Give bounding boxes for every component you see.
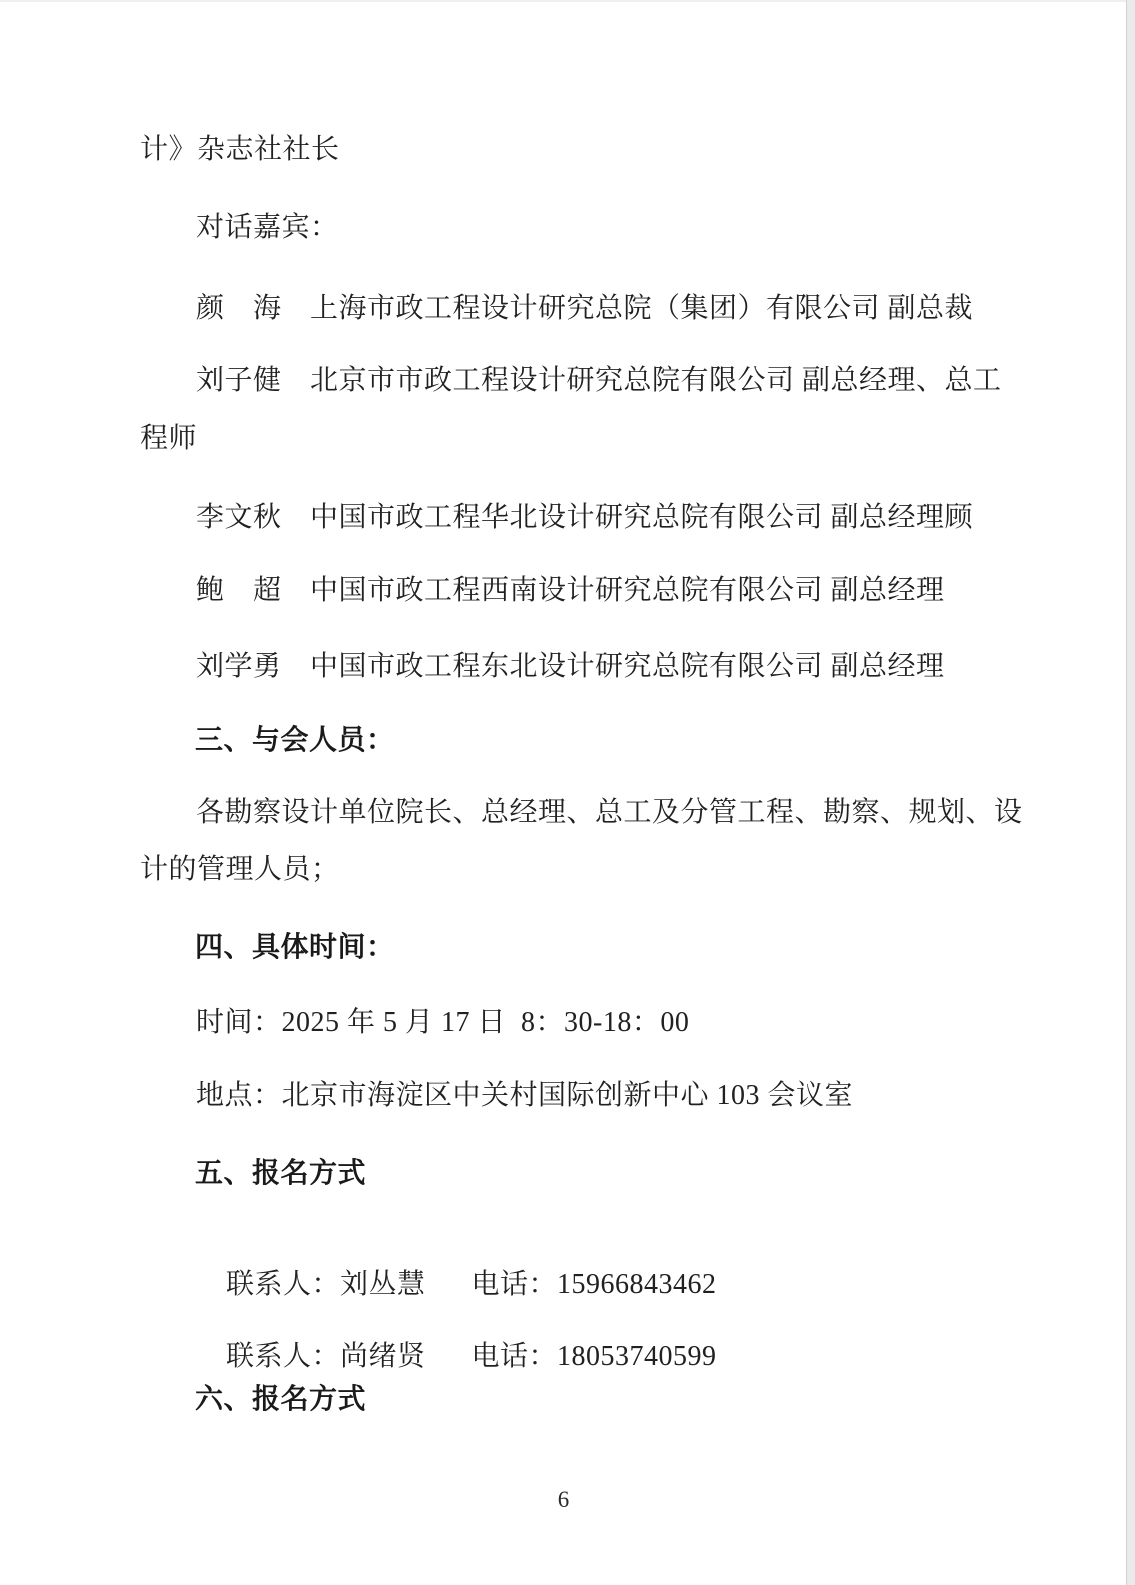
attendees-body-line-wrap: 计的管理人员； xyxy=(140,853,340,887)
contact-label: 联系人： xyxy=(226,1269,340,1300)
page-right-edge-strip xyxy=(1126,0,1135,1585)
contact-label: 联系人： xyxy=(226,1341,340,1372)
contact-name: 刘丛慧 xyxy=(340,1269,426,1300)
document-page: 计》杂志社社长 对话嘉宾： 颜 海 上海市政工程设计研究总院（集团）有限公司 副… xyxy=(0,0,1135,1585)
guest-line: 颜 海 上海市政工程设计研究总院（集团）有限公司 副总裁 xyxy=(196,292,973,326)
phone-number: 15966843462 xyxy=(557,1269,717,1300)
guest-line: 鲍 超 中国市政工程西南设计研究总院有限公司 副总经理 xyxy=(196,574,945,608)
guest-line: 李文秋 中国市政工程华北设计研究总院有限公司 副总经理顾 xyxy=(196,501,973,535)
section-heading-attendees: 三、与会人员： xyxy=(195,723,395,757)
section-heading-signup: 五、报名方式 xyxy=(195,1156,366,1190)
section-heading-time: 四、具体时间： xyxy=(195,930,395,964)
guest-line-wrap: 程师 xyxy=(140,422,197,456)
guest-line: 刘学勇 中国市政工程东北设计研究总院有限公司 副总经理 xyxy=(196,650,945,684)
contact-phone-group: 电话：15966843462 xyxy=(472,1268,717,1302)
page-number: 6 xyxy=(0,1487,1127,1513)
attendees-body-line: 各勘察设计单位院长、总经理、总工及分管工程、勘察、规划、设 xyxy=(196,796,1023,830)
phone-label: 电话： xyxy=(472,1269,558,1300)
guest-line: 刘子健 北京市市政工程设计研究总院有限公司 副总经理、总工 xyxy=(196,364,1002,398)
contact-name: 尚绪贤 xyxy=(340,1341,426,1372)
dialogue-guests-heading: 对话嘉宾： xyxy=(196,211,339,245)
section-heading-signup2: 六、报名方式 xyxy=(195,1382,366,1416)
phone-label: 电话： xyxy=(472,1341,558,1372)
phone-number: 18053740599 xyxy=(557,1341,717,1372)
time-line: 时间：2025 年 5 月 17 日 8：30-18：00 xyxy=(196,1006,689,1040)
page-top-edge xyxy=(0,0,1135,2)
continuation-line: 计》杂志社社长 xyxy=(140,133,340,167)
contact-phone-group: 电话：18053740599 xyxy=(472,1340,717,1374)
place-line: 地点：北京市海淀区中关村国际创新中心 103 会议室 xyxy=(196,1079,853,1113)
